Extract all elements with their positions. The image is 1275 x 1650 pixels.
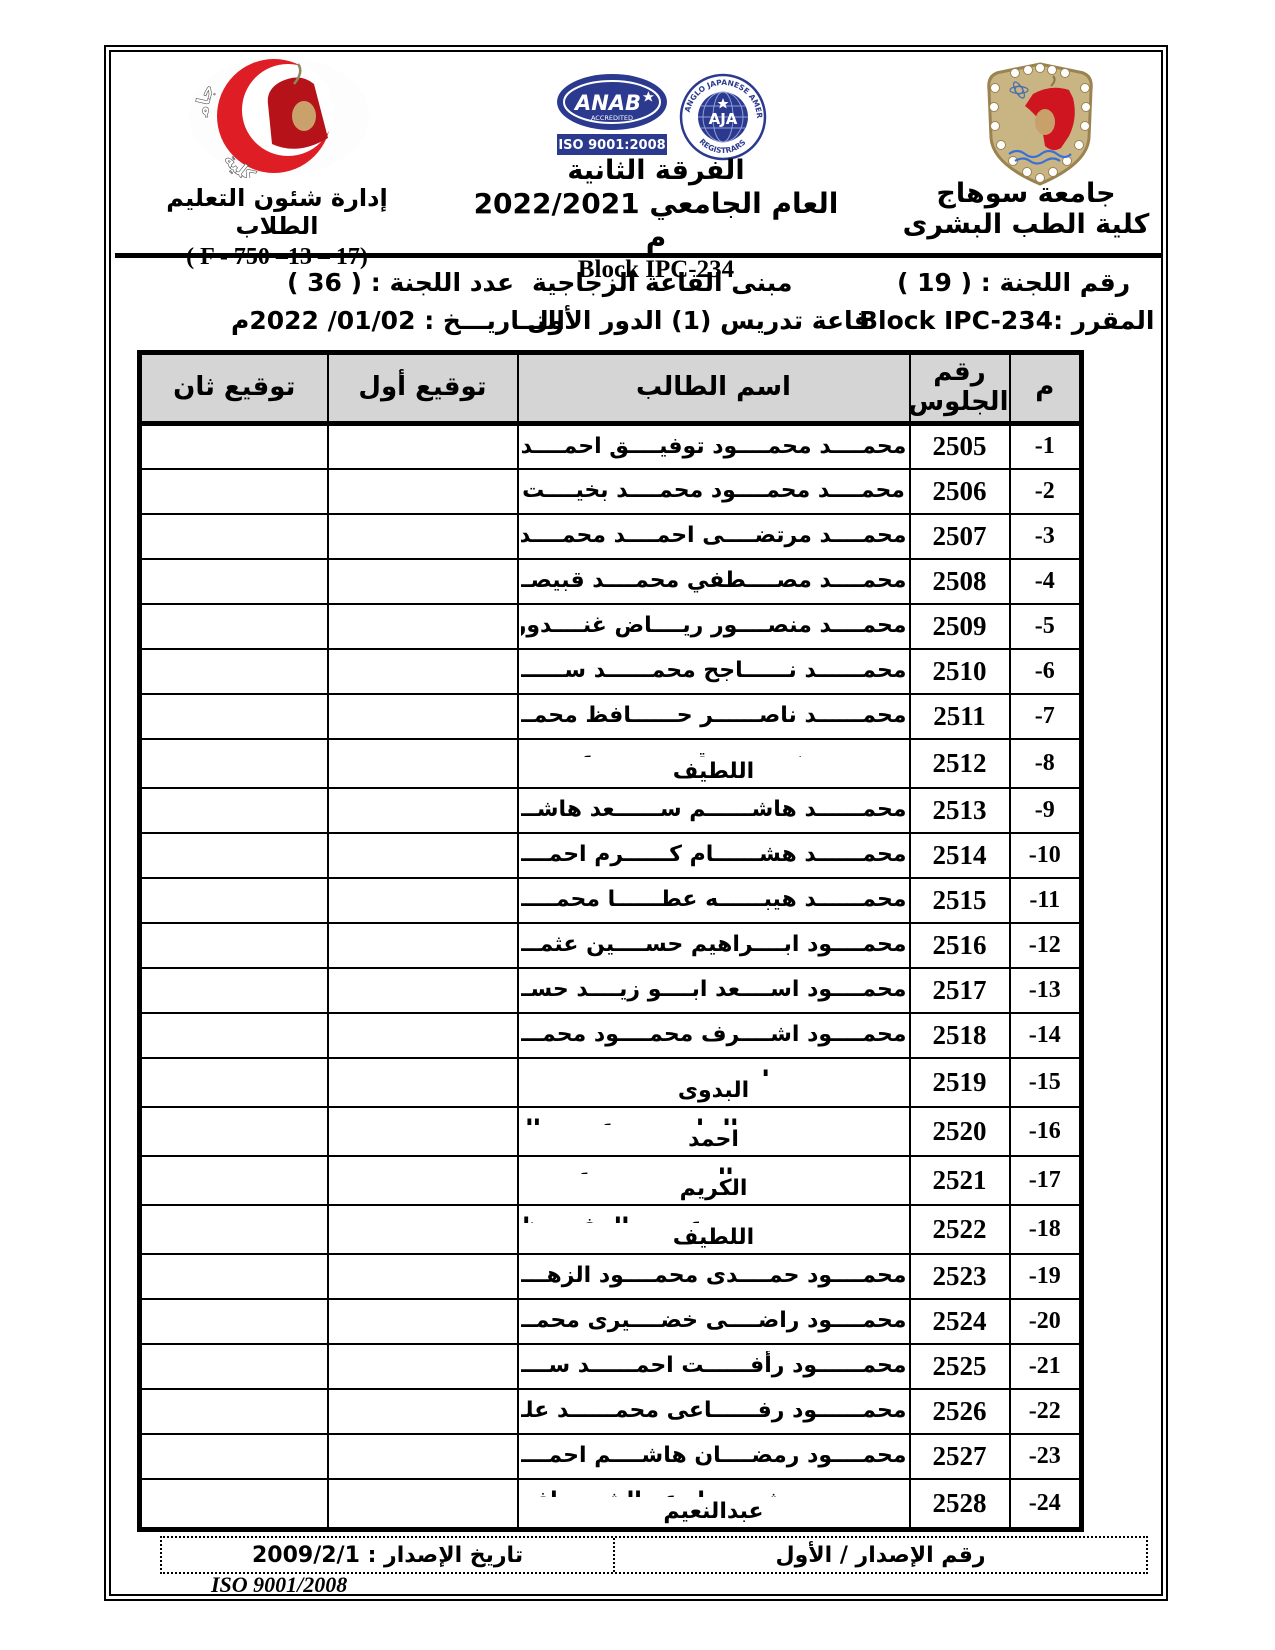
header-divider — [115, 253, 1161, 258]
seat-number-cell: 2508 — [910, 559, 1010, 604]
row-number-cell: -18 — [1010, 1205, 1082, 1254]
second-signature-cell — [140, 1107, 328, 1156]
header-student-name: اسم الطالب — [518, 353, 910, 424]
first-signature-cell — [328, 788, 518, 833]
table-header-row: م رقم الجلوس اسم الطالب توقيع أول توقيع … — [140, 353, 1082, 424]
student-name-box: محمــــــد هاشــــــم ســــــعد هاشـــــ… — [519, 790, 909, 831]
student-name-cell: محمــــــود رفــــــاعى محمــــــد علـــ… — [518, 1389, 910, 1434]
page-border-frame-inner: جامعة سوهاج كلية الطب البشرى ANAB ACCRED… — [109, 50, 1163, 1596]
student-name-box: محمــــــود شــــــداد عبدالشــــــافى ع… — [519, 1480, 909, 1527]
title-block: الفرقة الثانية العام الجامعي 2022/2021 م… — [471, 154, 841, 285]
table-row: -13 2517 محمــــود اســــعد ابــــو زيــ… — [140, 968, 1082, 1013]
student-name-line1: محمــــود ابــــراهيم حســــين عثمــــان — [521, 930, 907, 960]
student-name-line2: اللطيف — [673, 757, 754, 787]
first-signature-cell — [328, 878, 518, 923]
seat-number-cell: 2517 — [910, 968, 1010, 1013]
issue-date-cell: تاريخ الإصدار : 2009/2/1 — [162, 1538, 613, 1572]
seat-number-cell: 2518 — [910, 1013, 1010, 1058]
attendance-table-wrap: م رقم الجلوس اسم الطالب توقيع أول توقيع … — [137, 350, 1084, 1532]
student-name-cell: محمــــد محمــــود محمــــد بخيــــت — [518, 469, 910, 514]
faculty-name: كلية الطب البشرى — [901, 209, 1151, 240]
table-row: -6 2510 محمــــــد نــــــاجح محمــــــد… — [140, 649, 1082, 694]
student-name-box: محمــــود جمــــال احمــــد عبــــد الــ… — [519, 1108, 909, 1155]
header-first-signature: توقيع أول — [328, 353, 518, 424]
student-name-box: محمــــــد هيبــــــه عطــــــا محمـــــ… — [519, 880, 909, 921]
student-name-line1: محمــــود رمضــــان هاشــــم احمــــد — [521, 1441, 907, 1471]
first-signature-cell — [328, 1389, 518, 1434]
student-name-box: محمــــود راضــــى خضــــيرى محمــــود — [519, 1301, 909, 1342]
department-name: إدارة شئون التعليم الطلاب — [127, 184, 427, 240]
row-number-cell: -12 — [1010, 923, 1082, 968]
table-row: -9 2513 محمــــــد هاشــــــم ســــــعد … — [140, 788, 1082, 833]
student-name-cell: محمــــــد هاشــــــم ســــــعد هاشـــــ… — [518, 788, 910, 833]
second-signature-cell — [140, 1479, 328, 1530]
student-name-cell: محمــــود اشــــرف محمــــود محمــــد — [518, 1013, 910, 1058]
second-signature-cell — [140, 1299, 328, 1344]
seat-number-cell: 2523 — [910, 1254, 1010, 1299]
header-no: م — [1010, 353, 1082, 424]
first-signature-cell — [328, 604, 518, 649]
anab-text: ANAB — [573, 91, 641, 115]
header-second-signature: توقيع ثان — [140, 353, 328, 424]
student-name-box: محمــــــد نــــــاجح محمــــــد ســــــ… — [519, 651, 909, 692]
student-name-box: محمــــــود رفــــــاعى محمــــــد علـــ… — [519, 1391, 909, 1432]
second-signature-cell — [140, 1434, 328, 1479]
student-name-box: محمــــــود رأفــــــت احمــــــد ســـــ… — [519, 1346, 909, 1387]
table-row: -24 2528 محمــــــود شــــــداد عبدالشــ… — [140, 1479, 1082, 1530]
second-signature-cell — [140, 694, 328, 739]
student-name-cell: محمــــــد ناصــــــر حــــــافظ محمــــ… — [518, 694, 910, 739]
row-number-cell: -14 — [1010, 1013, 1082, 1058]
grade-title: الفرقة الثانية — [471, 154, 841, 187]
student-name-box: محمــــود رمضــــان هاشــــم احمــــد — [519, 1436, 909, 1477]
student-name-box: محمــــــــود ايمــــــــن محمــــــــدى… — [519, 1059, 909, 1106]
student-name-box: محمــــد منصــــور ريــــاض غنــــدور — [519, 606, 909, 647]
table-row: -18 2522 محمــــود حســــن عبــــد الحفـ… — [140, 1205, 1082, 1254]
student-name-box: محمــــد محمــــود محمــــد بخيــــت — [519, 471, 909, 512]
table-row: -17 2521 محمــــود جمــــال محمــــود عب… — [140, 1156, 1082, 1205]
student-name-line2: الكريم — [680, 1174, 748, 1204]
header-seat-number: رقم الجلوس — [910, 353, 1010, 424]
faculty-shield-icon — [981, 60, 1099, 188]
student-name-line1: محمــــود راضــــى خضــــيرى محمــــود — [521, 1306, 907, 1336]
first-signature-cell — [328, 1156, 518, 1205]
student-name-cell: محمــــــد هشــــــام كــــــرم احمـــــ… — [518, 833, 910, 878]
first-signature-cell — [328, 694, 518, 739]
student-name-box: محمــــد مصــــطفي محمــــد قبيصــــى — [519, 561, 909, 602]
second-signature-cell — [140, 1156, 328, 1205]
seat-number-cell: 2510 — [910, 649, 1010, 694]
student-name-line1: محمــــود اســــعد ابــــو زيــــد حســـ… — [521, 975, 907, 1005]
table-row: -19 2523 محمــــود حمــــدى محمــــود ال… — [140, 1254, 1082, 1299]
attendance-table: م رقم الجلوس اسم الطالب توقيع أول توقيع … — [137, 350, 1084, 1532]
anab-logo: ANAB ACCREDITED ISO 9001:2008 — [554, 72, 670, 162]
exam-date: التــاريـــخ : 01/02/ 2022م — [231, 306, 565, 335]
row-number-cell: -15 — [1010, 1058, 1082, 1107]
student-name-line1: محمــــــد هاشــــــم ســــــعد هاشـــــ… — [521, 795, 907, 825]
student-name-line2: عبدالنعيم — [663, 1497, 763, 1527]
second-signature-cell — [140, 1344, 328, 1389]
student-name-box: محمــــــد ناصــــــر حــــــافظ محمــــ… — [519, 696, 909, 737]
row-number-cell: -22 — [1010, 1389, 1082, 1434]
first-signature-cell — [328, 1299, 518, 1344]
student-name-cell: محمــــــود رأفــــــت احمــــــد ســـــ… — [518, 1344, 910, 1389]
second-signature-cell — [140, 1389, 328, 1434]
seat-number-cell: 2505 — [910, 424, 1010, 469]
table-row: -11 2515 محمــــــد هيبــــــه عطــــــا… — [140, 878, 1082, 923]
student-name-box: محمــــود حمــــدى محمــــود الزهــــرى — [519, 1256, 909, 1297]
row-number-cell: -20 — [1010, 1299, 1082, 1344]
table-row: -15 2519 محمــــــــود ايمــــــــن محمـ… — [140, 1058, 1082, 1107]
first-signature-cell — [328, 469, 518, 514]
student-name-line1: محمــــد مصــــطفي محمــــد قبيصــــى — [521, 566, 907, 596]
student-name-box: محمــــد مرتضــــى احمــــد محمــــد — [519, 516, 909, 557]
first-signature-cell — [328, 1107, 518, 1156]
first-signature-cell — [328, 1434, 518, 1479]
row-number-cell: -13 — [1010, 968, 1082, 1013]
course-name: المقرر :Block IPC-234 — [859, 306, 1154, 335]
student-name-line1: محمــــود حســــن عبــــد الحفــــيظ عبـ… — [521, 1212, 907, 1223]
second-signature-cell — [140, 1058, 328, 1107]
student-name-line2: اللطيف — [673, 1223, 754, 1253]
row-number-cell: -11 — [1010, 878, 1082, 923]
seat-number-cell: 2520 — [910, 1107, 1010, 1156]
student-name-box: محمــــود اشــــرف محمــــود محمــــد — [519, 1015, 909, 1056]
iso-standard-label: ISO 9001/2008 — [211, 1572, 347, 1598]
student-name-line2: احمد — [688, 1125, 739, 1155]
student-name-box: محمــــد نجــــدي قبيصــــي عبــــد اللط… — [519, 740, 909, 787]
student-name-line1: محمــــــد نــــــاجح محمــــــد ســــــ… — [521, 656, 907, 686]
seat-number-cell: 2522 — [910, 1205, 1010, 1254]
issue-info-table: رقم الإصدار / الأول تاريخ الإصدار : 2009… — [160, 1536, 1148, 1574]
student-name-cell: محمــــود اســــعد ابــــو زيــــد حســـ… — [518, 968, 910, 1013]
anab-accredited-text: ACCREDITED — [591, 114, 633, 122]
table-row: -16 2520 محمــــود جمــــال احمــــد عبـ… — [140, 1107, 1082, 1156]
second-signature-cell — [140, 1254, 328, 1299]
student-name-line1: محمــــد مرتضــــى احمــــد محمــــد — [521, 521, 907, 551]
first-signature-cell — [328, 1344, 518, 1389]
first-signature-cell — [328, 739, 518, 788]
row-number-cell: -10 — [1010, 833, 1082, 878]
student-name-cell: محمــــود رمضــــان هاشــــم احمــــد — [518, 1434, 910, 1479]
student-name-line1: محمــــــــود ايمــــــــن محمــــــــدى — [521, 1065, 907, 1076]
student-name-cell: محمــــود ابــــراهيم حســــين عثمــــان — [518, 923, 910, 968]
committee-count: عدد اللجنة : ( 36 ) — [287, 268, 514, 297]
student-name-cell: محمــــد منصــــور ريــــاض غنــــدور — [518, 604, 910, 649]
student-name-line1: محمــــود جمــــال محمــــود عبــــد — [525, 1163, 902, 1174]
row-number-cell: -19 — [1010, 1254, 1082, 1299]
first-signature-cell — [328, 1479, 518, 1530]
hall-building: مبنى القاعة الزجاجية — [532, 268, 792, 297]
seat-number-cell: 2512 — [910, 739, 1010, 788]
second-signature-cell — [140, 739, 328, 788]
student-name-cell: محمــــود راضــــى خضــــيرى محمــــود — [518, 1299, 910, 1344]
student-name-line2: البدوى — [678, 1076, 749, 1106]
student-name-line1: محمــــد منصــــور ريــــاض غنــــدور — [521, 611, 907, 641]
first-signature-cell — [328, 968, 518, 1013]
faculty-shield-logo — [981, 60, 1099, 188]
anab-logo-icon: ANAB ACCREDITED ISO 9001:2008 — [554, 72, 670, 158]
student-name-line1: محمــــــد هيبــــــه عطــــــا محمـــــ… — [521, 885, 907, 915]
anab-iso-text: ISO 9001:2008 — [558, 138, 665, 153]
row-number-cell: -2 — [1010, 469, 1082, 514]
student-name-cell: محمــــــــود ايمــــــــن محمــــــــدى… — [518, 1058, 910, 1107]
first-signature-cell — [328, 1058, 518, 1107]
row-number-cell: -1 — [1010, 424, 1082, 469]
row-number-cell: -4 — [1010, 559, 1082, 604]
seat-number-cell: 2526 — [910, 1389, 1010, 1434]
student-name-cell: محمــــــود شــــــداد عبدالشــــــافى ع… — [518, 1479, 910, 1530]
admin-block: جامعة سوهاج كلية الطب إدارة شئون التعليم… — [127, 54, 427, 271]
university-name: جامعة سوهاج — [901, 178, 1151, 209]
aja-text: AJA — [709, 110, 738, 128]
table-row: -1 2505 محمــــد محمــــود توفيــــق احم… — [140, 424, 1082, 469]
seat-number-cell: 2524 — [910, 1299, 1010, 1344]
seat-number-cell: 2525 — [910, 1344, 1010, 1389]
first-signature-cell — [328, 1205, 518, 1254]
row-number-cell: -5 — [1010, 604, 1082, 649]
seat-number-cell: 2519 — [910, 1058, 1010, 1107]
student-name-cell: محمــــــد نــــــاجح محمــــــد ســــــ… — [518, 649, 910, 694]
certification-logos: ANAB ACCREDITED ISO 9001:2008 — [541, 72, 781, 166]
seat-number-cell: 2516 — [910, 923, 1010, 968]
student-name-line1: محمــــد محمــــود محمــــد بخيــــت — [522, 476, 905, 506]
table-row: -3 2507 محمــــد مرتضــــى احمــــد محمـ… — [140, 514, 1082, 559]
university-name-block: جامعة سوهاج كلية الطب البشرى — [901, 178, 1151, 240]
table-row: -2 2506 محمــــد محمــــود محمــــد بخيـ… — [140, 469, 1082, 514]
second-signature-cell — [140, 424, 328, 469]
student-name-line1: محمــــود جمــــال احمــــد عبــــد الــ… — [521, 1114, 907, 1125]
second-signature-cell — [140, 469, 328, 514]
seat-number-cell: 2511 — [910, 694, 1010, 739]
seat-number-cell: 2527 — [910, 1434, 1010, 1479]
student-name-cell: محمــــد محمــــود توفيــــق احمــــد — [518, 424, 910, 469]
seat-number-cell: 2513 — [910, 788, 1010, 833]
second-signature-cell — [140, 968, 328, 1013]
pharaoh-face-shape — [1035, 109, 1055, 135]
second-signature-cell — [140, 514, 328, 559]
seat-number-cell: 2507 — [910, 514, 1010, 559]
student-name-line1: محمــــــود رأفــــــت احمــــــد ســـــ… — [521, 1351, 907, 1381]
row-number-cell: -23 — [1010, 1434, 1082, 1479]
table-row: -4 2508 محمــــد مصــــطفي محمــــد قبيص… — [140, 559, 1082, 604]
student-name-cell: محمــــد مرتضــــى احمــــد محمــــد — [518, 514, 910, 559]
student-name-line1: محمــــد محمــــود توفيــــق احمــــد — [521, 432, 907, 462]
row-number-cell: -3 — [1010, 514, 1082, 559]
student-name-line1: محمــــــود شــــــداد عبدالشــــــافى — [521, 1486, 907, 1497]
first-signature-cell — [328, 923, 518, 968]
second-signature-cell — [140, 1205, 328, 1254]
second-signature-cell — [140, 878, 328, 923]
first-signature-cell — [328, 833, 518, 878]
student-name-cell: محمــــود حســــن عبــــد الحفــــيظ عبـ… — [518, 1205, 910, 1254]
table-row: -10 2514 محمــــــد هشــــــام كــــــرم… — [140, 833, 1082, 878]
student-name-box: محمــــــد هشــــــام كــــــرم احمـــــ… — [519, 835, 909, 876]
seat-number-cell: 2509 — [910, 604, 1010, 649]
table-row: -23 2527 محمــــود رمضــــان هاشــــم اح… — [140, 1434, 1082, 1479]
student-name-line1: محمــــــد ناصــــــر حــــــافظ محمــــ… — [521, 701, 907, 731]
student-name-box: محمــــد محمــــود توفيــــق احمــــد — [519, 426, 909, 467]
document-page: جامعة سوهاج كلية الطب البشرى ANAB ACCRED… — [0, 0, 1275, 1650]
student-name-box: محمــــود جمــــال محمــــود عبــــد الك… — [519, 1157, 909, 1204]
row-number-cell: -17 — [1010, 1156, 1082, 1205]
second-signature-cell — [140, 833, 328, 878]
first-signature-cell — [328, 1254, 518, 1299]
aja-logo-icon: ANGLO JAPANESE AMERICAN REGISTRARS AJA — [678, 72, 768, 162]
sohag-medicine-logo-icon: جامعة سوهاج كلية الطب — [182, 54, 372, 178]
table-row: -7 2511 محمــــــد ناصــــــر حــــــافظ… — [140, 694, 1082, 739]
row-number-cell: -8 — [1010, 739, 1082, 788]
seat-number-cell: 2515 — [910, 878, 1010, 923]
student-name-cell: محمــــد مصــــطفي محمــــد قبيصــــى — [518, 559, 910, 604]
seat-number-cell: 2521 — [910, 1156, 1010, 1205]
table-row: -21 2525 محمــــــود رأفــــــت احمـــــ… — [140, 1344, 1082, 1389]
row-number-cell: -21 — [1010, 1344, 1082, 1389]
page-border-frame: جامعة سوهاج كلية الطب البشرى ANAB ACCRED… — [104, 45, 1168, 1601]
student-rows: -1 2505 محمــــد محمــــود توفيــــق احم… — [140, 424, 1082, 1530]
student-name-line1: محمــــد نجــــدي قبيصــــي عبــــد — [528, 746, 898, 757]
student-name-line1: محمــــــد هشــــــام كــــــرم احمـــــ… — [521, 840, 907, 870]
first-signature-cell — [328, 559, 518, 604]
second-signature-cell — [140, 649, 328, 694]
table-row: -14 2518 محمــــود اشــــرف محمــــود مح… — [140, 1013, 1082, 1058]
student-name-cell: محمــــد نجــــدي قبيصــــي عبــــد اللط… — [518, 739, 910, 788]
student-name-cell: محمــــود حمــــدى محمــــود الزهــــرى — [518, 1254, 910, 1299]
first-signature-cell — [328, 514, 518, 559]
second-signature-cell — [140, 604, 328, 649]
table-row: -12 2516 محمــــود ابــــراهيم حســــين … — [140, 923, 1082, 968]
student-name-line1: محمــــود اشــــرف محمــــود محمــــد — [521, 1020, 907, 1050]
table-row: -8 2512 محمــــد نجــــدي قبيصــــي عبــ… — [140, 739, 1082, 788]
aja-logo: ANGLO JAPANESE AMERICAN REGISTRARS AJA — [678, 72, 768, 166]
row-number-cell: -9 — [1010, 788, 1082, 833]
row-number-cell: -16 — [1010, 1107, 1082, 1156]
student-name-box: محمــــود اســــعد ابــــو زيــــد حســـ… — [519, 970, 909, 1011]
academic-year: العام الجامعي 2022/2021 م — [471, 187, 841, 255]
seat-number-cell: 2514 — [910, 833, 1010, 878]
issue-number-cell: رقم الإصدار / الأول — [613, 1538, 1146, 1572]
student-name-box: محمــــود حســــن عبــــد الحفــــيظ عبـ… — [519, 1206, 909, 1253]
seat-number-cell: 2506 — [910, 469, 1010, 514]
student-name-cell: محمــــود جمــــال احمــــد عبــــد الــ… — [518, 1107, 910, 1156]
sohag-medicine-logo: جامعة سوهاج كلية الطب — [127, 54, 427, 178]
student-name-cell: محمــــــد هيبــــــه عطــــــا محمـــــ… — [518, 878, 910, 923]
student-name-line1: محمــــود حمــــدى محمــــود الزهــــرى — [521, 1261, 907, 1291]
hall-name: قاعة تدريس (1) الدور الأول — [527, 306, 870, 335]
second-signature-cell — [140, 923, 328, 968]
row-number-cell: -6 — [1010, 649, 1082, 694]
row-number-cell: -24 — [1010, 1479, 1082, 1530]
row-number-cell: -7 — [1010, 694, 1082, 739]
student-name-line1: محمــــــود رفــــــاعى محمــــــد علـــ… — [521, 1396, 907, 1426]
second-signature-cell — [140, 559, 328, 604]
second-signature-cell — [140, 1013, 328, 1058]
second-signature-cell — [140, 788, 328, 833]
first-signature-cell — [328, 649, 518, 694]
student-name-cell: محمــــود جمــــال محمــــود عبــــد الك… — [518, 1156, 910, 1205]
student-name-box: محمــــود ابــــراهيم حســــين عثمــــان — [519, 925, 909, 966]
first-signature-cell — [328, 1013, 518, 1058]
table-row: -20 2524 محمــــود راضــــى خضــــيرى مح… — [140, 1299, 1082, 1344]
seat-number-cell: 2528 — [910, 1479, 1010, 1530]
committee-number: رقم اللجنة : ( 19 ) — [897, 268, 1130, 297]
table-row: -22 2526 محمــــــود رفــــــاعى محمــــ… — [140, 1389, 1082, 1434]
table-row: -5 2509 محمــــد منصــــور ريــــاض غنــ… — [140, 604, 1082, 649]
first-signature-cell — [328, 424, 518, 469]
